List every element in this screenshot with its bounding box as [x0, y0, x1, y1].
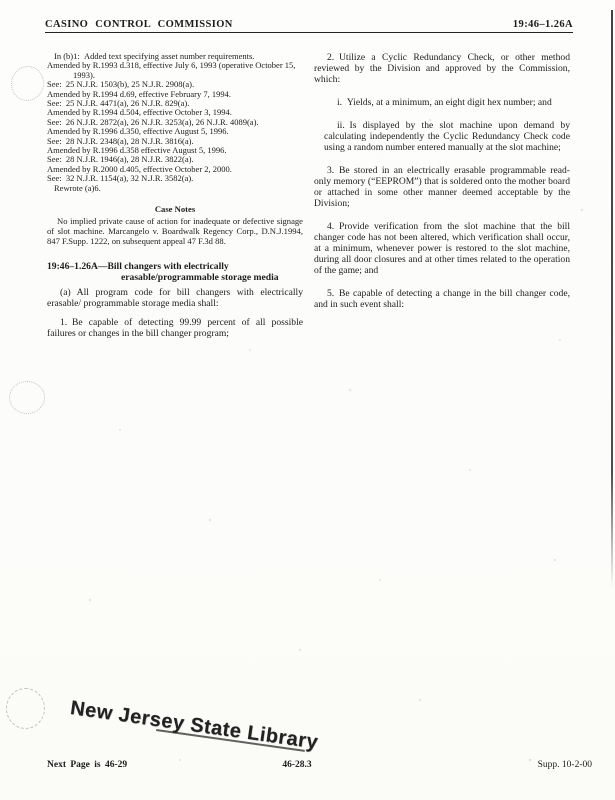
list-item-2-i: i. Yields, at a minimum, an eight digit …: [324, 97, 570, 108]
running-header-section-number: 19:46–1.26A: [513, 19, 573, 30]
library-ownership-stamp: New Jersey State Library: [69, 697, 320, 755]
section-heading: 19:46–1.26A—Bill changers with electrica…: [47, 261, 303, 283]
history-line: Rewrote (a)6.: [47, 184, 303, 193]
list-item-2-ii: ii. Is displayed by the slot machine upo…: [324, 120, 570, 153]
left-column: In (b)1: Added text specifying asset num…: [47, 52, 303, 348]
scanned-document-page: CASINO CONTROL COMMISSION 19:46–1.26A In…: [0, 0, 615, 800]
amendment-history-notes: In (b)1: Added text specifying asset num…: [47, 52, 303, 193]
punch-hole-artifact: [6, 688, 45, 729]
case-notes-paragraph: No implied private cause of action for i…: [47, 217, 303, 247]
right-column: 2. Utilize a Cyclic Redundancy Check, or…: [314, 52, 570, 348]
punch-hole-artifact: [9, 381, 45, 414]
list-item-5: 5. Be capable of detecting a change in t…: [314, 288, 570, 310]
case-notes-heading: Case Notes: [47, 204, 303, 214]
section-heading-line2: erasable/programmable storage media: [47, 272, 303, 283]
scan-edge-artifact: [611, 10, 613, 588]
section-heading-line1: 19:46–1.26A—Bill changers with electrica…: [47, 261, 303, 272]
list-item-3: 3. Be stored in an electrically erasable…: [314, 165, 570, 209]
running-header-title: CASINO CONTROL COMMISSION: [45, 19, 233, 30]
two-column-body: In (b)1: Added text specifying asset num…: [47, 52, 570, 348]
footer-page-number: 46-28.3: [47, 760, 547, 770]
paragraph-a: (a) All program code for bill changers w…: [47, 287, 303, 309]
list-item-4: 4. Provide verification from the slot ma…: [314, 221, 570, 276]
list-item-2: 2. Utilize a Cyclic Redundancy Check, or…: [314, 52, 570, 85]
running-header: CASINO CONTROL COMMISSION 19:46–1.26A: [45, 19, 573, 33]
footer-supplement-date: Supp. 10-2-00: [538, 760, 592, 770]
punch-hole-artifact: [8, 63, 48, 104]
list-item-1: 1. Be capable of detecting 99.99 percent…: [47, 317, 303, 339]
stamp-text: New Jersey State Library: [69, 697, 320, 754]
